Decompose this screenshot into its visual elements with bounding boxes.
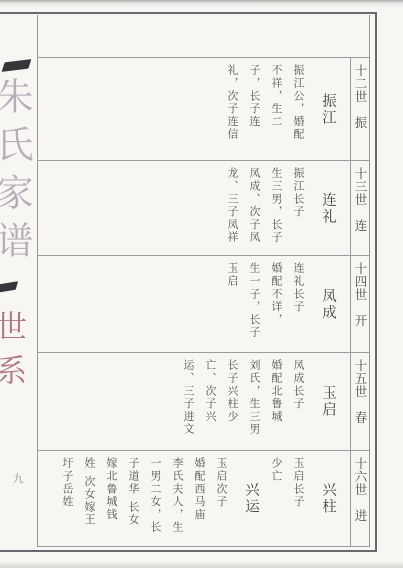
- generation-row-14: 凤成 连礼长子 婚配不详， 生一子，长子 玉启 十四世 开: [38, 255, 369, 352]
- person-description: 玉启次子 婚配西马庙 李氏夫人，生 一男二女，长 子道华 长女 嫁北鲁城钱 姓 …: [56, 457, 232, 541]
- row-entries: 振江 振江公，婚配 不祥，生二 子，长子连 礼，次子连信: [38, 58, 350, 160]
- generation-row-13: 连礼 振江长子 生三男，长子 凤成、次子凤 龙、三子凤祥 十三世 连: [38, 160, 369, 255]
- spine-section-title: 世系: [0, 310, 31, 420]
- person-entry: 玉启 凤成长子 婚配北鲁城 刘氏，生三男 长子兴柱少 亡、次子兴 运、三子进文: [177, 358, 340, 445]
- generation-label: 十六世 进（兴）: [350, 451, 369, 546]
- row-entries: 玉启 凤成长子 婚配北鲁城 刘氏，生三男 长子兴柱少 亡、次子兴 运、三子进文: [38, 353, 350, 450]
- person-name: 连礼: [316, 166, 340, 250]
- folio-page-number: 九: [13, 471, 24, 486]
- generation-label: 十四世 开: [350, 256, 369, 352]
- person-entry: 连礼 振江长子 生三男，长子 凤成、次子凤 龙、三子凤祥: [221, 166, 340, 250]
- genealogy-scan-page: 朱氏家谱 世系 九 振江 振江公，婚配 不祥，生二 子，长子连 礼，次子连信 十…: [0, 0, 403, 568]
- person-description: 连礼长子 婚配不详， 生一子，长子 玉启: [221, 262, 309, 347]
- generation-row-16: 兴柱 玉启长子 少亡 兴运 玉启次子 婚配西马庙 李氏夫人，生 一男二女，长 子…: [38, 450, 369, 546]
- person-entry: 振江 振江公，婚配 不祥，生二 子，长子连 礼，次子连信: [221, 63, 340, 155]
- generation-label: 十二世 振: [350, 58, 369, 160]
- person-name: 玉启: [316, 358, 340, 445]
- person-name: 兴运: [239, 456, 263, 541]
- person-name: 凤成: [316, 261, 340, 347]
- person-description: 振江公，婚配 不祥，生二 子，长子连 礼，次子连信: [221, 64, 309, 155]
- person-entry: 凤成 连礼长子 婚配不详， 生一子，长子 玉启: [221, 261, 340, 347]
- person-name: 兴柱: [316, 456, 340, 541]
- generation-row-15: 玉启 凤成长子 婚配北鲁城 刘氏，生三男 长子兴柱少 亡、次子兴 运、三子进文 …: [38, 352, 369, 450]
- person-name: 振江: [316, 63, 340, 155]
- generation-label: 十五世 春（玉）: [350, 353, 369, 450]
- person-entry: 兴柱 玉启长子 少亡: [265, 456, 340, 541]
- spine-book-title: 朱氏家谱: [0, 77, 38, 282]
- row-entries: 兴柱 玉启长子 少亡 兴运 玉启次子 婚配西马庙 李氏夫人，生 一男二女，长 子…: [38, 451, 350, 546]
- person-description: 振江长子 生三男，长子 凤成、次子凤 龙、三子凤祥: [221, 167, 309, 250]
- genealogy-table: 振江 振江公，婚配 不祥，生二 子，长子连 礼，次子连信 十二世 振 连礼 振江…: [37, 15, 370, 547]
- generation-row-12: 振江 振江公，婚配 不祥，生二 子，长子连 礼，次子连信 十二世 振: [38, 57, 369, 160]
- row-entries: 凤成 连礼长子 婚配不详， 生一子，长子 玉启: [38, 256, 350, 352]
- person-description: 凤成长子 婚配北鲁城 刘氏，生三男 长子兴柱少 亡、次子兴 运、三子进文: [177, 359, 309, 445]
- scan-edge-top: [0, 0, 403, 8]
- person-description: 玉启长子 少亡: [265, 457, 309, 541]
- row-entries: 连礼 振江长子 生三男，长子 凤成、次子凤 龙、三子凤祥: [38, 161, 350, 255]
- person-entry: 兴运 玉启次子 婚配西马庙 李氏夫人，生 一男二女，长 子道华 长女 嫁北鲁城钱…: [56, 456, 263, 541]
- generation-label: 十三世 连: [350, 161, 369, 255]
- table-header-band: [38, 15, 369, 57]
- scan-edge-bottom: [0, 561, 403, 568]
